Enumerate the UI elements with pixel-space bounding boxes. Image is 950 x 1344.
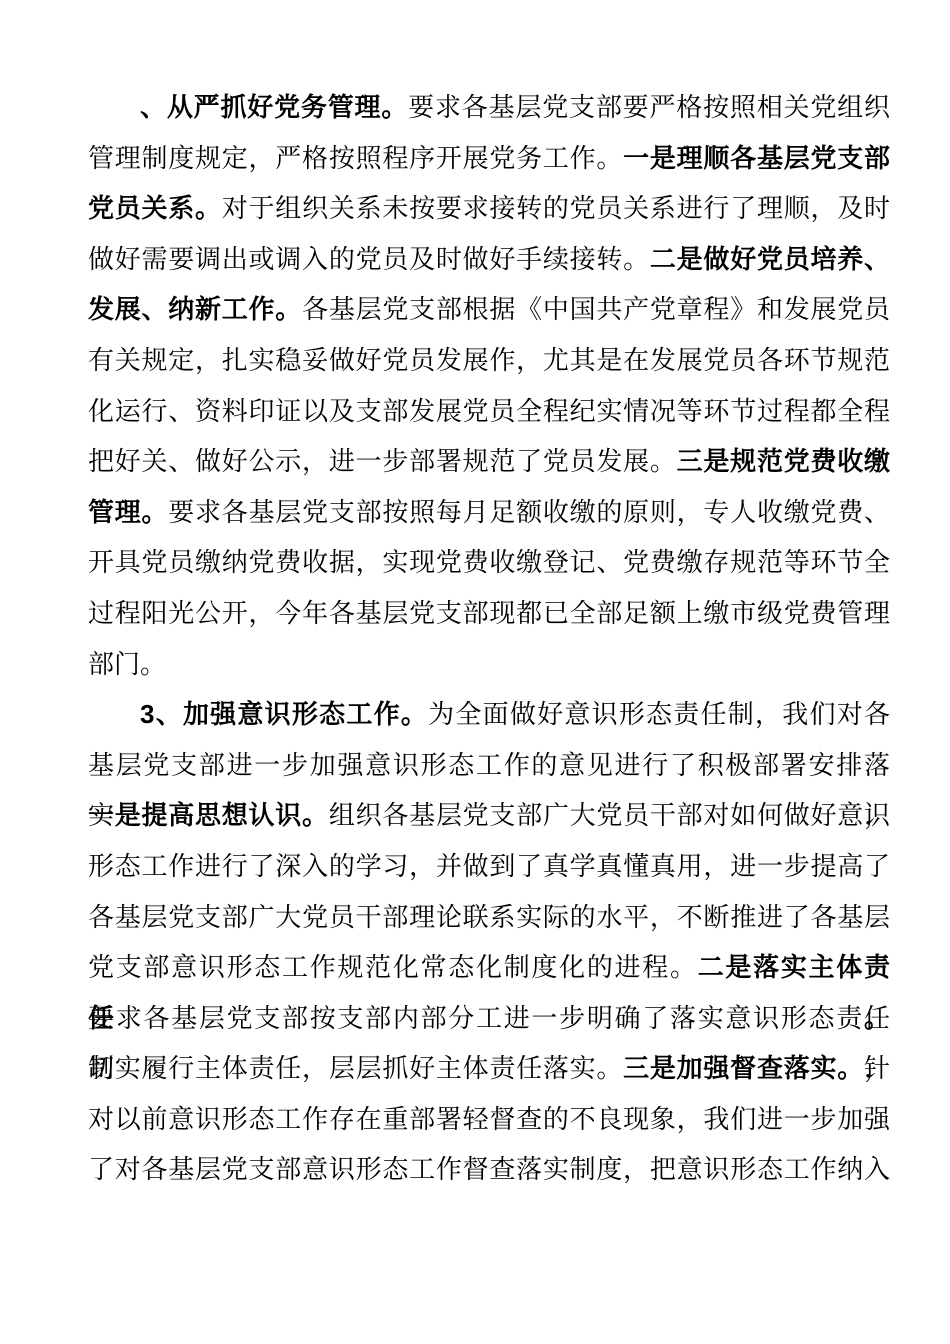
text-line: 党支部意识形态工作规范化常态化制度化的进程。二是落实主体责任。: [88, 942, 890, 993]
text-segment: 要求各基层党支部按照每月足额收缴的原则，专人收缴党费、: [168, 497, 890, 527]
text-line: 部门。: [88, 639, 890, 690]
text-line: 要求各基层党支部按支部内部分工进一步明确了落实意识形态责任制，: [88, 993, 890, 1044]
document-body: 、从严抓好党务管理。要求各基层党支部要严格按照相关党组织管理制度规定，严格按照程…: [88, 82, 890, 1195]
text-segment-bold: 三是规范党费收缴: [677, 446, 890, 476]
text-segment-bold: 三是加强督查落实。: [623, 1053, 864, 1083]
text-segment: 各基层党支部广大党员干部理论联系实际的水平，不断推进了各基层: [88, 902, 890, 932]
text-segment: 对于组织关系未按要求接转的党员关系进行了理顺，及时: [222, 193, 890, 223]
text-line: 化运行、资料印证以及支部发展党员全程纪实情况等环节过程都全程: [88, 386, 890, 437]
text-segment-bold: 一是理顺各基层党支部: [623, 143, 890, 173]
text-segment: 了对各基层党支部意识形态工作督查落实制度，把意识形态工作纳入: [88, 1154, 890, 1184]
text-segment: 各基层党支部根据《中国共产党章程》和发展党员: [302, 294, 890, 324]
text-line: 把好关、做好公示，进一步部署规范了党员发展。三是规范党费收缴: [88, 436, 890, 487]
text-line: 一是提高思想认识。组织各基层党支部广大党员干部对如何做好意识: [88, 790, 890, 841]
text-line: 过程阳光公开，今年各基层党支部现都已全部足额上缴市级党费管理: [88, 588, 890, 639]
text-segment: 要求各基层党支部要严格按照相关党组织: [408, 92, 890, 122]
text-segment: 切实履行主体责任，层层抓好主体责任落实。: [88, 1053, 623, 1083]
text-segment-bold: 一是提高思想认识。: [88, 800, 329, 830]
text-line: 有关规定，扎实稳妥做好党员发展作，尤其是在发展党员各环节规范: [88, 335, 890, 386]
text-line: 了对各基层党支部意识形态工作督查落实制度，把意识形态工作纳入: [88, 1144, 890, 1195]
text-line: 管理。要求各基层党支部按照每月足额收缴的原则，专人收缴党费、: [88, 487, 890, 538]
text-segment: 开具党员缴纳党费收据，实现党费收缴登记、党费缴存规范等环节全: [88, 547, 890, 577]
text-segment: 过程阳光公开，今年各基层党支部现都已全部足额上缴市级党费管理: [88, 598, 890, 628]
text-line: 3、加强意识形态工作。为全面做好意识形态责任制，我们对各: [88, 689, 890, 740]
text-segment-bold: 党员关系。: [88, 193, 222, 223]
text-segment: 把好关、做好公示，进一步部署规范了党员发展。: [88, 446, 677, 476]
text-line: 形态工作进行了深入的学习，并做到了真学真懂真用，进一步提高了: [88, 841, 890, 892]
text-segment: 党支部意识形态工作规范化常态化制度化的进程。: [88, 952, 698, 982]
text-line: 做好需要调出或调入的党员及时做好手续接转。二是做好党员培养、: [88, 234, 890, 285]
text-line: 各基层党支部广大党员干部理论联系实际的水平，不断推进了各基层: [88, 892, 890, 943]
text-segment-bold: 、从严抓好党务管理。: [140, 92, 408, 122]
text-segment: 化运行、资料印证以及支部发展党员全程纪实情况等环节过程都全程: [88, 396, 890, 426]
text-segment: 部门。: [88, 649, 166, 679]
text-line: 党员关系。对于组织关系未按要求接转的党员关系进行了理顺，及时: [88, 183, 890, 234]
text-segment: 管理制度规定，严格按照程序开展党务工作。: [88, 143, 623, 173]
text-segment: 形态工作进行了深入的学习，并做到了真学真懂真用，进一步提高了: [88, 851, 890, 881]
text-line: 开具党员缴纳党费收据，实现党费收缴登记、党费缴存规范等环节全: [88, 537, 890, 588]
text-segment: 组织各基层党支部广大党员干部对如何做好意识: [329, 800, 890, 830]
text-line: 切实履行主体责任，层层抓好主体责任落实。三是加强督查落实。针: [88, 1043, 890, 1094]
text-segment: 针: [864, 1053, 890, 1083]
text-line: 基层党支部进一步加强意识形态工作的意见进行了积极部署安排落实，: [88, 740, 890, 791]
text-line: 、从严抓好党务管理。要求各基层党支部要严格按照相关党组织: [88, 82, 890, 133]
text-segment: 做好需要调出或调入的党员及时做好手续接转。: [88, 244, 650, 274]
text-segment: 对以前意识形态工作存在重部署轻督查的不良现象，我们进一步加强: [88, 1104, 890, 1134]
document-page: 、从严抓好党务管理。要求各基层党支部要严格按照相关党组织管理制度规定，严格按照程…: [0, 0, 950, 1344]
text-segment-bold: 管理。: [88, 497, 168, 527]
text-segment-bold: 3、加强意识形态工作。: [140, 699, 428, 729]
text-line: 发展、纳新工作。各基层党支部根据《中国共产党章程》和发展党员: [88, 284, 890, 335]
text-segment: 有关规定，扎实稳妥做好党员发展作，尤其是在发展党员各环节规范: [88, 345, 890, 375]
text-line: 管理制度规定，严格按照程序开展党务工作。一是理顺各基层党支部: [88, 133, 890, 184]
text-segment-bold: 发展、纳新工作。: [88, 294, 302, 324]
text-line: 对以前意识形态工作存在重部署轻督查的不良现象，我们进一步加强: [88, 1094, 890, 1145]
text-segment-bold: 二是做好党员培养、: [650, 244, 890, 274]
text-segment: 为全面做好意识形态责任制，我们对各: [428, 699, 890, 729]
